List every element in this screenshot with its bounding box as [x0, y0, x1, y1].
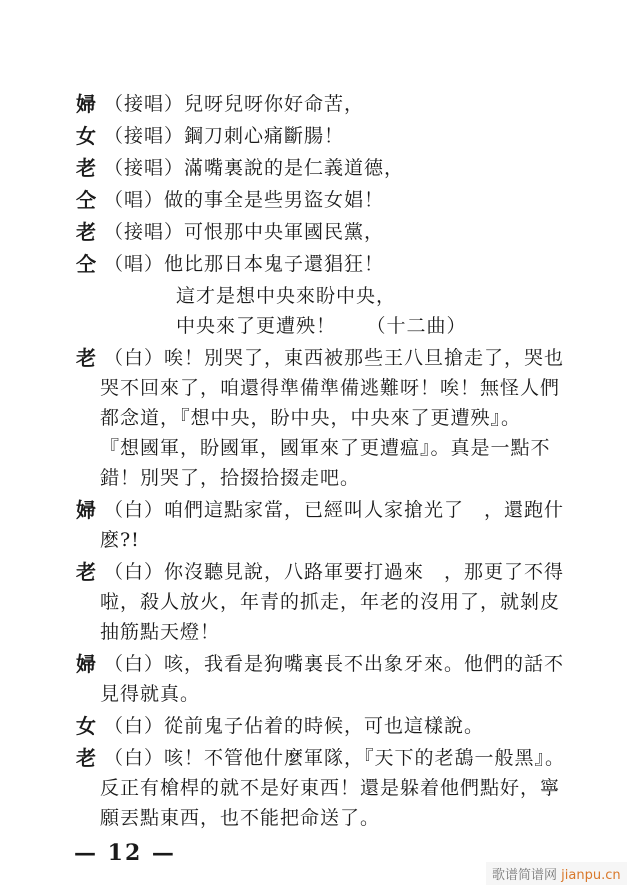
watermark: 歌谱简谱网 jianpu.cn	[486, 862, 627, 885]
dialogue-line: （白）咱們這點家當，已經叫人家搶光了 ，還跑什	[104, 498, 564, 522]
dialogue-line: （唱）他比那日本鬼子還猖狂！	[104, 252, 384, 276]
dialogue-line: （接唱）滿嘴裏說的是仁義道德，	[104, 156, 404, 180]
speaker-label: 婦	[76, 498, 96, 522]
dialogue-line: 抽筋點天燈！	[100, 620, 220, 644]
dialogue-line: 啦，殺人放火，年青的抓走，年老的沒用了，就剝皮	[100, 590, 560, 614]
speaker-label: 老	[76, 746, 96, 770]
dialogue-line: （白）唉！別哭了，東西被那些王八旦搶走了，哭也	[104, 346, 564, 370]
speaker-label: 老	[76, 346, 96, 370]
speaker-label: 婦	[76, 92, 96, 116]
dialogue-line: 反正有槍桿的就不是好東西！還是躲着他們點好，寧	[100, 776, 560, 800]
dialogue-line: 『想國軍，盼國軍，國軍來了更遭瘟』。真是一點不	[100, 436, 551, 460]
dialogue-line: （唱）做的事全是些男盜女娼！	[104, 188, 384, 212]
speaker-label: 老	[76, 560, 96, 584]
dialogue-line: （接唱）可恨那中央軍國民黨，	[104, 220, 384, 244]
dialogue-line: （白）你沒聽見說，八路軍要打過來 ，那更了不得	[104, 560, 564, 584]
dialogue-line: （白）咳！不管他什麼軍隊，『天下的老鴰一般黑』。	[104, 746, 565, 770]
dialogue-line: 都念道，『想中央，盼中央，中央來了更遭殃』。	[100, 406, 521, 430]
dialogue-line: 麽?!	[100, 528, 140, 552]
dialogue-line: 願丟點東西，也不能把命送了。	[100, 806, 380, 830]
page-number: — 12 —	[74, 840, 176, 866]
dialogue-line: 見得就真。	[100, 682, 200, 706]
speaker-label: 仝	[76, 252, 96, 276]
dialogue-line: （白）咳，我看是狗嘴裏長不出象牙來。他們的話不	[104, 652, 564, 676]
speaker-label: 女	[76, 714, 96, 738]
dialogue-line: 錯！別哭了，拾掇拾掇走吧。	[100, 466, 360, 490]
dialogue-line: （接唱）鋼刀刺心痛斷腸！	[104, 124, 344, 148]
speaker-label: 女	[76, 124, 96, 148]
watermark-cn: 歌谱简谱网	[492, 868, 557, 883]
dialogue-line: 這才是想中央來盼中央，	[176, 284, 396, 308]
dialogue-line: 中央來了更遭殃！ （十二曲）	[176, 314, 467, 338]
dialogue-line: （白）從前鬼子佔着的時候，可也這樣說。	[104, 714, 484, 738]
watermark-latin: jianpu.cn	[561, 868, 620, 883]
dialogue-line: （接唱）兒呀兒呀你好命苦，	[104, 92, 364, 116]
speaker-label: 老	[76, 156, 96, 180]
dialogue-line: 哭不回來了，咱還得準備準備逃難呀！唉！無怪人們	[100, 376, 560, 400]
speaker-label: 仝	[76, 188, 96, 212]
speaker-label: 婦	[76, 652, 96, 676]
speaker-label: 老	[76, 220, 96, 244]
